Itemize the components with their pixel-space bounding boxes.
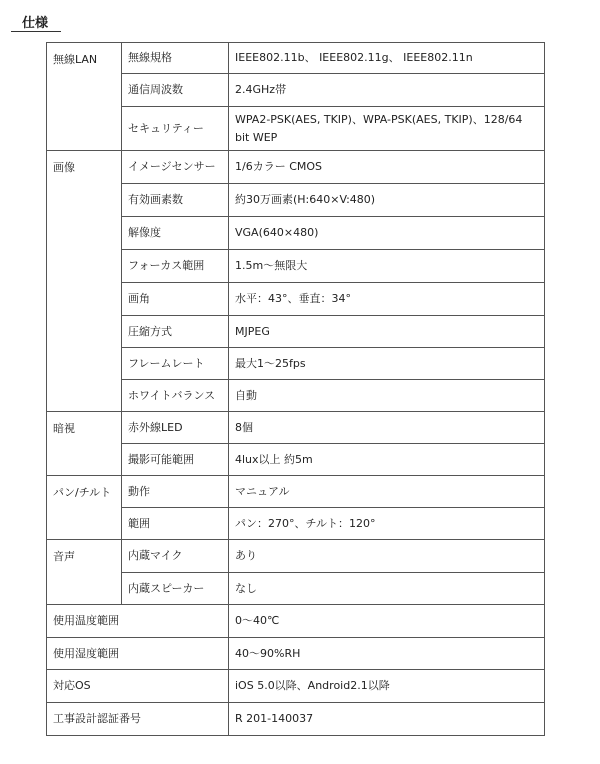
spec-value: なし bbox=[229, 573, 545, 605]
table-row: 工事設計認証番号 R 201-140037 bbox=[47, 703, 545, 736]
spec-value: 0～40℃ bbox=[229, 605, 545, 638]
spec-label: 工事設計認証番号 bbox=[47, 703, 229, 736]
table-row: 暗視 赤外線LED 8個 bbox=[47, 412, 545, 444]
spec-label: 撮影可能範囲 bbox=[122, 444, 229, 476]
category-cell: パン/チルト bbox=[47, 476, 122, 540]
table-row: 使用温度範囲 0～40℃ bbox=[47, 605, 545, 638]
spec-label: 内蔵マイク bbox=[122, 540, 229, 573]
table-row: ホワイトバランス 自動 bbox=[47, 380, 545, 412]
spec-value: iOS 5.0以降、Android2.1以降 bbox=[229, 670, 545, 703]
spec-label: 圧縮方式 bbox=[122, 316, 229, 348]
heading-underline bbox=[11, 31, 61, 32]
spec-label: イメージセンサー bbox=[122, 151, 229, 184]
table-row: 範囲 パン：270°、チルト：120° bbox=[47, 508, 545, 540]
table-row: 内蔵スピーカー なし bbox=[47, 573, 545, 605]
spec-label: 有効画素数 bbox=[122, 184, 229, 217]
spec-label: 使用湿度範囲 bbox=[47, 638, 229, 670]
spec-label: セキュリティー bbox=[122, 107, 229, 151]
table-row: 画角 水平：43°、垂直：34° bbox=[47, 283, 545, 316]
spec-label: 動作 bbox=[122, 476, 229, 508]
spec-label: 使用温度範囲 bbox=[47, 605, 229, 638]
spec-label: フォーカス範囲 bbox=[122, 250, 229, 283]
spec-label: フレームレート bbox=[122, 348, 229, 380]
category-cell: 画像 bbox=[47, 151, 122, 412]
spec-value: 水平：43°、垂直：34° bbox=[229, 283, 545, 316]
spec-value: 40～90%RH bbox=[229, 638, 545, 670]
table-row: フレームレート 最大1～25fps bbox=[47, 348, 545, 380]
spec-value: 2.4GHz帯 bbox=[229, 74, 545, 107]
spec-value: R 201-140037 bbox=[229, 703, 545, 736]
spec-label: 無線規格 bbox=[122, 43, 229, 74]
spec-value: MJPEG bbox=[229, 316, 545, 348]
spec-label: 内蔵スピーカー bbox=[122, 573, 229, 605]
table-row: 撮影可能範囲 4lux以上 約5m bbox=[47, 444, 545, 476]
table-row: パン/チルト 動作 マニュアル bbox=[47, 476, 545, 508]
spec-label: 解像度 bbox=[122, 217, 229, 250]
spec-value: 1/6カラー CMOS bbox=[229, 151, 545, 184]
spec-label: ホワイトバランス bbox=[122, 380, 229, 412]
spec-value: マニュアル bbox=[229, 476, 545, 508]
spec-value: WPA2-PSK(AES, TKIP)、WPA-PSK(AES, TKIP)、1… bbox=[229, 107, 545, 151]
spec-value: 4lux以上 約5m bbox=[229, 444, 545, 476]
table-row: 圧縮方式 MJPEG bbox=[47, 316, 545, 348]
spec-value: パン：270°、チルト：120° bbox=[229, 508, 545, 540]
spec-value: VGA(640×480) bbox=[229, 217, 545, 250]
table-row: 使用湿度範囲 40～90%RH bbox=[47, 638, 545, 670]
spec-value: 1.5m～無限大 bbox=[229, 250, 545, 283]
spec-value: 最大1～25fps bbox=[229, 348, 545, 380]
spec-value: 8個 bbox=[229, 412, 545, 444]
table-row: 有効画素数 約30万画素(H:640×V:480) bbox=[47, 184, 545, 217]
spec-label: 通信周波数 bbox=[122, 74, 229, 107]
table-row: フォーカス範囲 1.5m～無限大 bbox=[47, 250, 545, 283]
table-row: 対応OS iOS 5.0以降、Android2.1以降 bbox=[47, 670, 545, 703]
spec-label: 範囲 bbox=[122, 508, 229, 540]
spec-value: IEEE802.11b、 IEEE802.11g、 IEEE802.11n bbox=[229, 43, 545, 74]
section-heading: 仕様 bbox=[11, 12, 61, 31]
category-cell: 無線LAN bbox=[47, 43, 122, 151]
category-cell: 暗視 bbox=[47, 412, 122, 476]
table-row: 音声 内蔵マイク あり bbox=[47, 540, 545, 573]
table-row: 画像 イメージセンサー 1/6カラー CMOS bbox=[47, 151, 545, 184]
spec-value: 自動 bbox=[229, 380, 545, 412]
table-row: 通信周波数 2.4GHz帯 bbox=[47, 74, 545, 107]
table-row: 無線LAN 無線規格 IEEE802.11b、 IEEE802.11g、 IEE… bbox=[47, 43, 545, 74]
spec-value: あり bbox=[229, 540, 545, 573]
category-cell: 音声 bbox=[47, 540, 122, 605]
spec-label: 画角 bbox=[122, 283, 229, 316]
table-row: 解像度 VGA(640×480) bbox=[47, 217, 545, 250]
spec-label: 対応OS bbox=[47, 670, 229, 703]
table-row: セキュリティー WPA2-PSK(AES, TKIP)、WPA-PSK(AES,… bbox=[47, 107, 545, 151]
section-heading-text: 仕様 bbox=[11, 12, 61, 31]
spec-value: 約30万画素(H:640×V:480) bbox=[229, 184, 545, 217]
spec-table: 無線LAN 無線規格 IEEE802.11b、 IEEE802.11g、 IEE… bbox=[46, 42, 545, 736]
spec-label: 赤外線LED bbox=[122, 412, 229, 444]
